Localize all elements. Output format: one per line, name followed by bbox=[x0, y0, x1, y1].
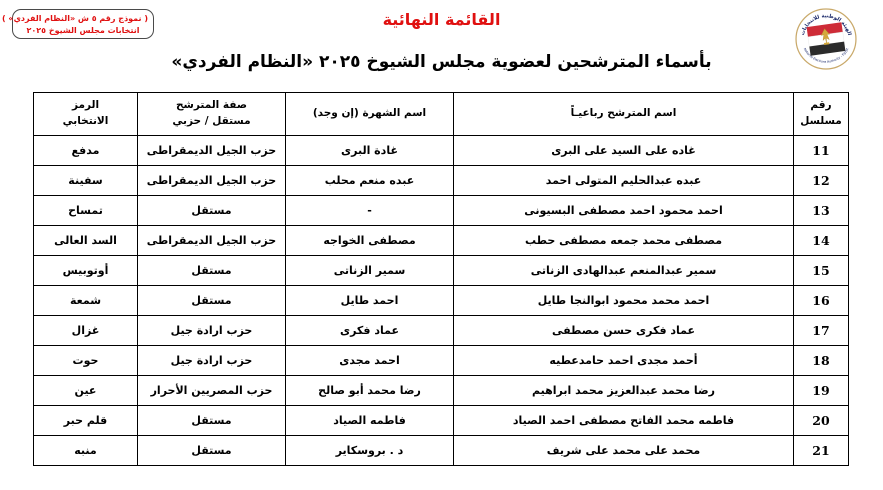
candidate-name-cell: محمد على محمد على شريف bbox=[454, 436, 794, 466]
candidate-name-cell: فاطمه محمد الفاتح مصطفى احمد الصياد bbox=[454, 406, 794, 436]
table-row: 17 عماد فكرى حسن مصطفى عماد فكرى حزب ارا… bbox=[34, 316, 849, 346]
header-electoral-symbol: الرمز الانتخابي bbox=[34, 93, 138, 136]
candidates-tbody: 11 غاده على السيد على البرى غادة البرى ح… bbox=[34, 136, 849, 466]
nickname-cell: مصطفى الخواجه bbox=[286, 226, 454, 256]
electoral-symbol-cell: قلم حبر bbox=[34, 406, 138, 436]
table-row: 19 رضا محمد عبدالعزيز محمد ابراهيم رضا م… bbox=[34, 376, 849, 406]
party-status-cell: مستقل bbox=[138, 196, 286, 226]
table-row: 12 عبده عبدالحليم المتولى احمد عبده منعم… bbox=[34, 166, 849, 196]
party-status-cell: مستقل bbox=[138, 286, 286, 316]
nickname-cell: سمير الزناتى bbox=[286, 256, 454, 286]
candidate-name-cell: احمد محمد محمود ابوالنجا طايل bbox=[454, 286, 794, 316]
party-status-cell: حزب الجيل الديمقراطى bbox=[138, 226, 286, 256]
page-title: بأسماء المترشحين لعضوية مجلس الشيوخ ٢٠٢٥… bbox=[0, 52, 883, 72]
nickname-cell: احمد طايل bbox=[286, 286, 454, 316]
header-row: رقم مسلسل اسم المترشح رباعيـاً اسم الشهر… bbox=[34, 93, 849, 136]
electoral-symbol-cell: غزال bbox=[34, 316, 138, 346]
candidate-name-cell: عبده عبدالحليم المتولى احمد bbox=[454, 166, 794, 196]
final-list-title: القائمة النهائية bbox=[0, 10, 883, 29]
electoral-symbol-cell: منبه bbox=[34, 436, 138, 466]
table-row: 20 فاطمه محمد الفاتح مصطفى احمد الصياد ف… bbox=[34, 406, 849, 436]
nickname-cell: غادة البرى bbox=[286, 136, 454, 166]
candidate-name-cell: رضا محمد عبدالعزيز محمد ابراهيم bbox=[454, 376, 794, 406]
candidate-name-cell: غاده على السيد على البرى bbox=[454, 136, 794, 166]
party-status-cell: حزب ارادة جيل bbox=[138, 316, 286, 346]
serial-number-cell: 14 bbox=[794, 226, 849, 256]
table-row: 21 محمد على محمد على شريف د . بروسكاير م… bbox=[34, 436, 849, 466]
header-serial: رقم مسلسل bbox=[794, 93, 849, 136]
party-status-cell: حزب ارادة جيل bbox=[138, 346, 286, 376]
serial-number-cell: 21 bbox=[794, 436, 849, 466]
electoral-symbol-cell: مدفع bbox=[34, 136, 138, 166]
party-status-cell: مستقل bbox=[138, 406, 286, 436]
serial-number-cell: 16 bbox=[794, 286, 849, 316]
table-row: 11 غاده على السيد على البرى غادة البرى ح… bbox=[34, 136, 849, 166]
electoral-symbol-cell: حوت bbox=[34, 346, 138, 376]
header-nickname: اسم الشهرة (إن وجد) bbox=[286, 93, 454, 136]
candidate-name-cell: سمير عبدالمنعم عبدالهادى الزناتى bbox=[454, 256, 794, 286]
party-status-cell: حزب الجيل الديمقراطى bbox=[138, 166, 286, 196]
serial-number-cell: 19 bbox=[794, 376, 849, 406]
electoral-symbol-cell: السد العالى bbox=[34, 226, 138, 256]
electoral-symbol-cell: شمعة bbox=[34, 286, 138, 316]
candidate-name-cell: أحمد مجدى احمد حامدعطيه bbox=[454, 346, 794, 376]
party-status-cell: مستقل bbox=[138, 256, 286, 286]
nickname-cell: احمد مجدى bbox=[286, 346, 454, 376]
serial-number-cell: 18 bbox=[794, 346, 849, 376]
header-status: صفة المترشح مستقل / حزبي bbox=[138, 93, 286, 136]
nickname-cell: رضا محمد أبو صالح bbox=[286, 376, 454, 406]
candidates-table: رقم مسلسل اسم المترشح رباعيـاً اسم الشهر… bbox=[33, 92, 849, 466]
nickname-cell: - bbox=[286, 196, 454, 226]
electoral-symbol-cell: سفينة bbox=[34, 166, 138, 196]
electoral-symbol-cell: تمساح bbox=[34, 196, 138, 226]
egypt-flag-shape bbox=[807, 22, 846, 56]
nickname-cell: عبده منعم محلب bbox=[286, 166, 454, 196]
nickname-cell: عماد فكرى bbox=[286, 316, 454, 346]
table-row: 15 سمير عبدالمنعم عبدالهادى الزناتى سمير… bbox=[34, 256, 849, 286]
electoral-symbol-cell: أوتوبيس bbox=[34, 256, 138, 286]
electoral-symbol-cell: عين bbox=[34, 376, 138, 406]
candidate-name-cell: مصطفى محمد جمعه مصطفى حطب bbox=[454, 226, 794, 256]
party-status-cell: حزب المصريين الأحرار bbox=[138, 376, 286, 406]
nickname-cell: فاطمه الصياد bbox=[286, 406, 454, 436]
table-row: 13 احمد محمود احمد مصطفى البسيونى - مستق… bbox=[34, 196, 849, 226]
party-status-cell: حزب الجيل الديمقراطى bbox=[138, 136, 286, 166]
table-row: 16 احمد محمد محمود ابوالنجا طايل احمد طا… bbox=[34, 286, 849, 316]
serial-number-cell: 17 bbox=[794, 316, 849, 346]
candidate-name-cell: احمد محمود احمد مصطفى البسيونى bbox=[454, 196, 794, 226]
party-status-cell: مستقل bbox=[138, 436, 286, 466]
candidate-name-cell: عماد فكرى حسن مصطفى bbox=[454, 316, 794, 346]
header-candidate-name: اسم المترشح رباعيـاً bbox=[454, 93, 794, 136]
serial-number-cell: 12 bbox=[794, 166, 849, 196]
serial-number-cell: 20 bbox=[794, 406, 849, 436]
serial-number-cell: 11 bbox=[794, 136, 849, 166]
table-row: 18 أحمد مجدى احمد حامدعطيه احمد مجدى حزب… bbox=[34, 346, 849, 376]
table-row: 14 مصطفى محمد جمعه مصطفى حطب مصطفى الخوا… bbox=[34, 226, 849, 256]
serial-number-cell: 15 bbox=[794, 256, 849, 286]
nickname-cell: د . بروسكاير bbox=[286, 436, 454, 466]
candidates-table-container: رقم مسلسل اسم المترشح رباعيـاً اسم الشهر… bbox=[34, 92, 849, 466]
serial-number-cell: 13 bbox=[794, 196, 849, 226]
